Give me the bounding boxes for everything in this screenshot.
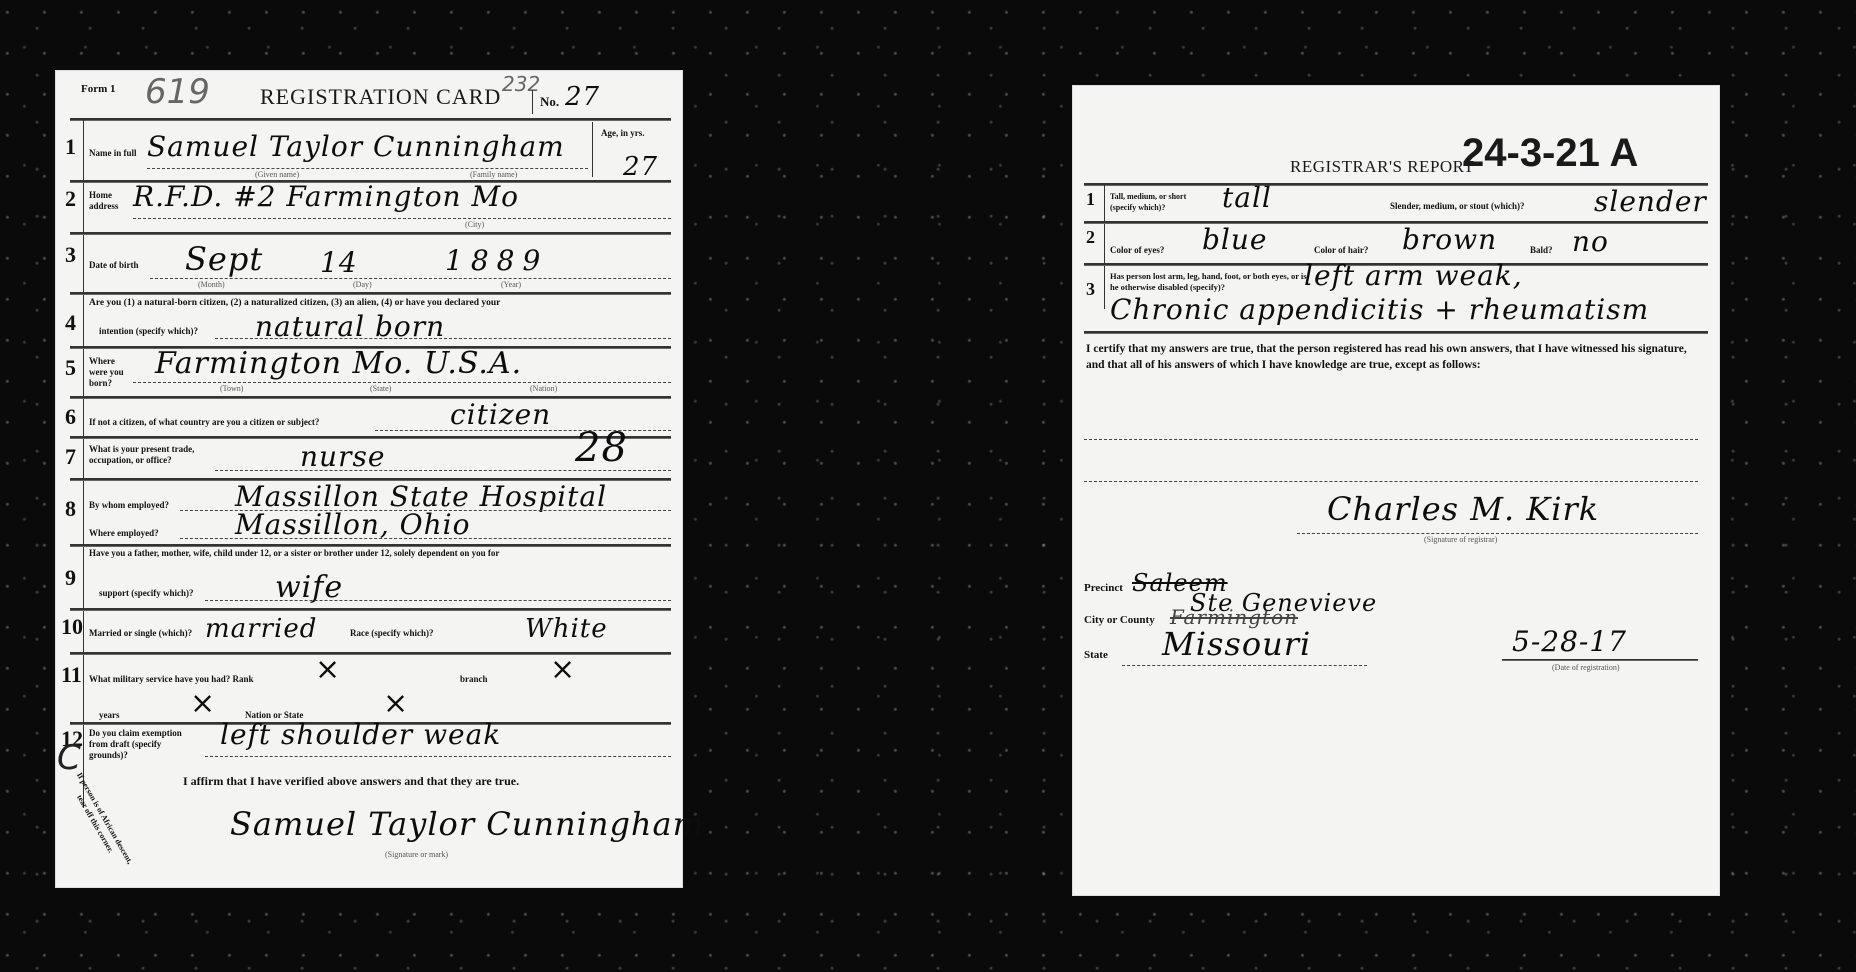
nation-state-value: × bbox=[383, 686, 409, 721]
occupation-value: nurse bbox=[300, 440, 385, 473]
report-title: REGISTRAR'S REPORT bbox=[1290, 157, 1474, 177]
employer-location-value: Massillon, Ohio bbox=[235, 508, 470, 541]
corner-note: If person is of African descent, tear of… bbox=[63, 768, 137, 874]
disability-value-line2: Chronic appendicitis + rheumatism bbox=[1110, 293, 1649, 326]
serial-pencil: 619 bbox=[145, 72, 210, 112]
birthplace-value: Farmington Mo. U.S.A. bbox=[155, 346, 522, 381]
build-value: slender bbox=[1594, 185, 1707, 218]
occupation-note: 28 bbox=[575, 425, 628, 471]
bald-value: no bbox=[1572, 225, 1609, 258]
nationality-value: citizen bbox=[450, 398, 551, 431]
age-value: 27 bbox=[623, 152, 658, 182]
state-value: Missouri bbox=[1162, 625, 1311, 663]
registration-date: 5-28-17 bbox=[1512, 625, 1627, 658]
title-pencil-number: 232 bbox=[502, 72, 540, 96]
form-label: Form 1 bbox=[81, 84, 116, 95]
no-label: No. bbox=[540, 96, 559, 107]
report-stamp: 24-3-21 A bbox=[1462, 131, 1638, 176]
name-value: Samuel Taylor Cunningham bbox=[147, 130, 565, 163]
registrant-signature: Samuel Taylor Cunningham bbox=[230, 805, 704, 843]
hair-color-value: brown bbox=[1402, 223, 1497, 256]
disability-value: left arm weak, bbox=[1304, 259, 1523, 292]
registration-card: Form 1 619 REGISTRATION CARD 232 No. 27 … bbox=[55, 70, 683, 888]
eye-color-value: blue bbox=[1202, 223, 1267, 256]
height-value: tall bbox=[1222, 181, 1272, 214]
affirmation-text: I affirm that I have verified above answ… bbox=[183, 776, 519, 787]
birth-year: 1889 bbox=[445, 244, 548, 277]
age-label: Age, in yrs. bbox=[601, 128, 645, 139]
address-value: R.F.D. #2 Farmington Mo bbox=[133, 180, 519, 213]
card-title: REGISTRATION CARD bbox=[260, 84, 501, 110]
birth-month: Sept bbox=[185, 240, 263, 278]
birth-day: 14 bbox=[320, 246, 358, 279]
years-value: × bbox=[190, 686, 216, 721]
rank-value: × bbox=[315, 652, 341, 687]
registrar-signature: Charles M. Kirk bbox=[1327, 490, 1599, 528]
race-value: White bbox=[525, 614, 608, 644]
branch-value: × bbox=[550, 652, 576, 687]
registrar-report-card: REGISTRAR'S REPORT 24-3-21 A 1 Tall, med… bbox=[1072, 85, 1720, 896]
no-value: 27 bbox=[565, 82, 600, 112]
certification-text: I certify that my answers are true, that… bbox=[1086, 341, 1706, 373]
marital-value: married bbox=[205, 614, 317, 644]
exemption-value: left shoulder weak bbox=[220, 718, 501, 751]
